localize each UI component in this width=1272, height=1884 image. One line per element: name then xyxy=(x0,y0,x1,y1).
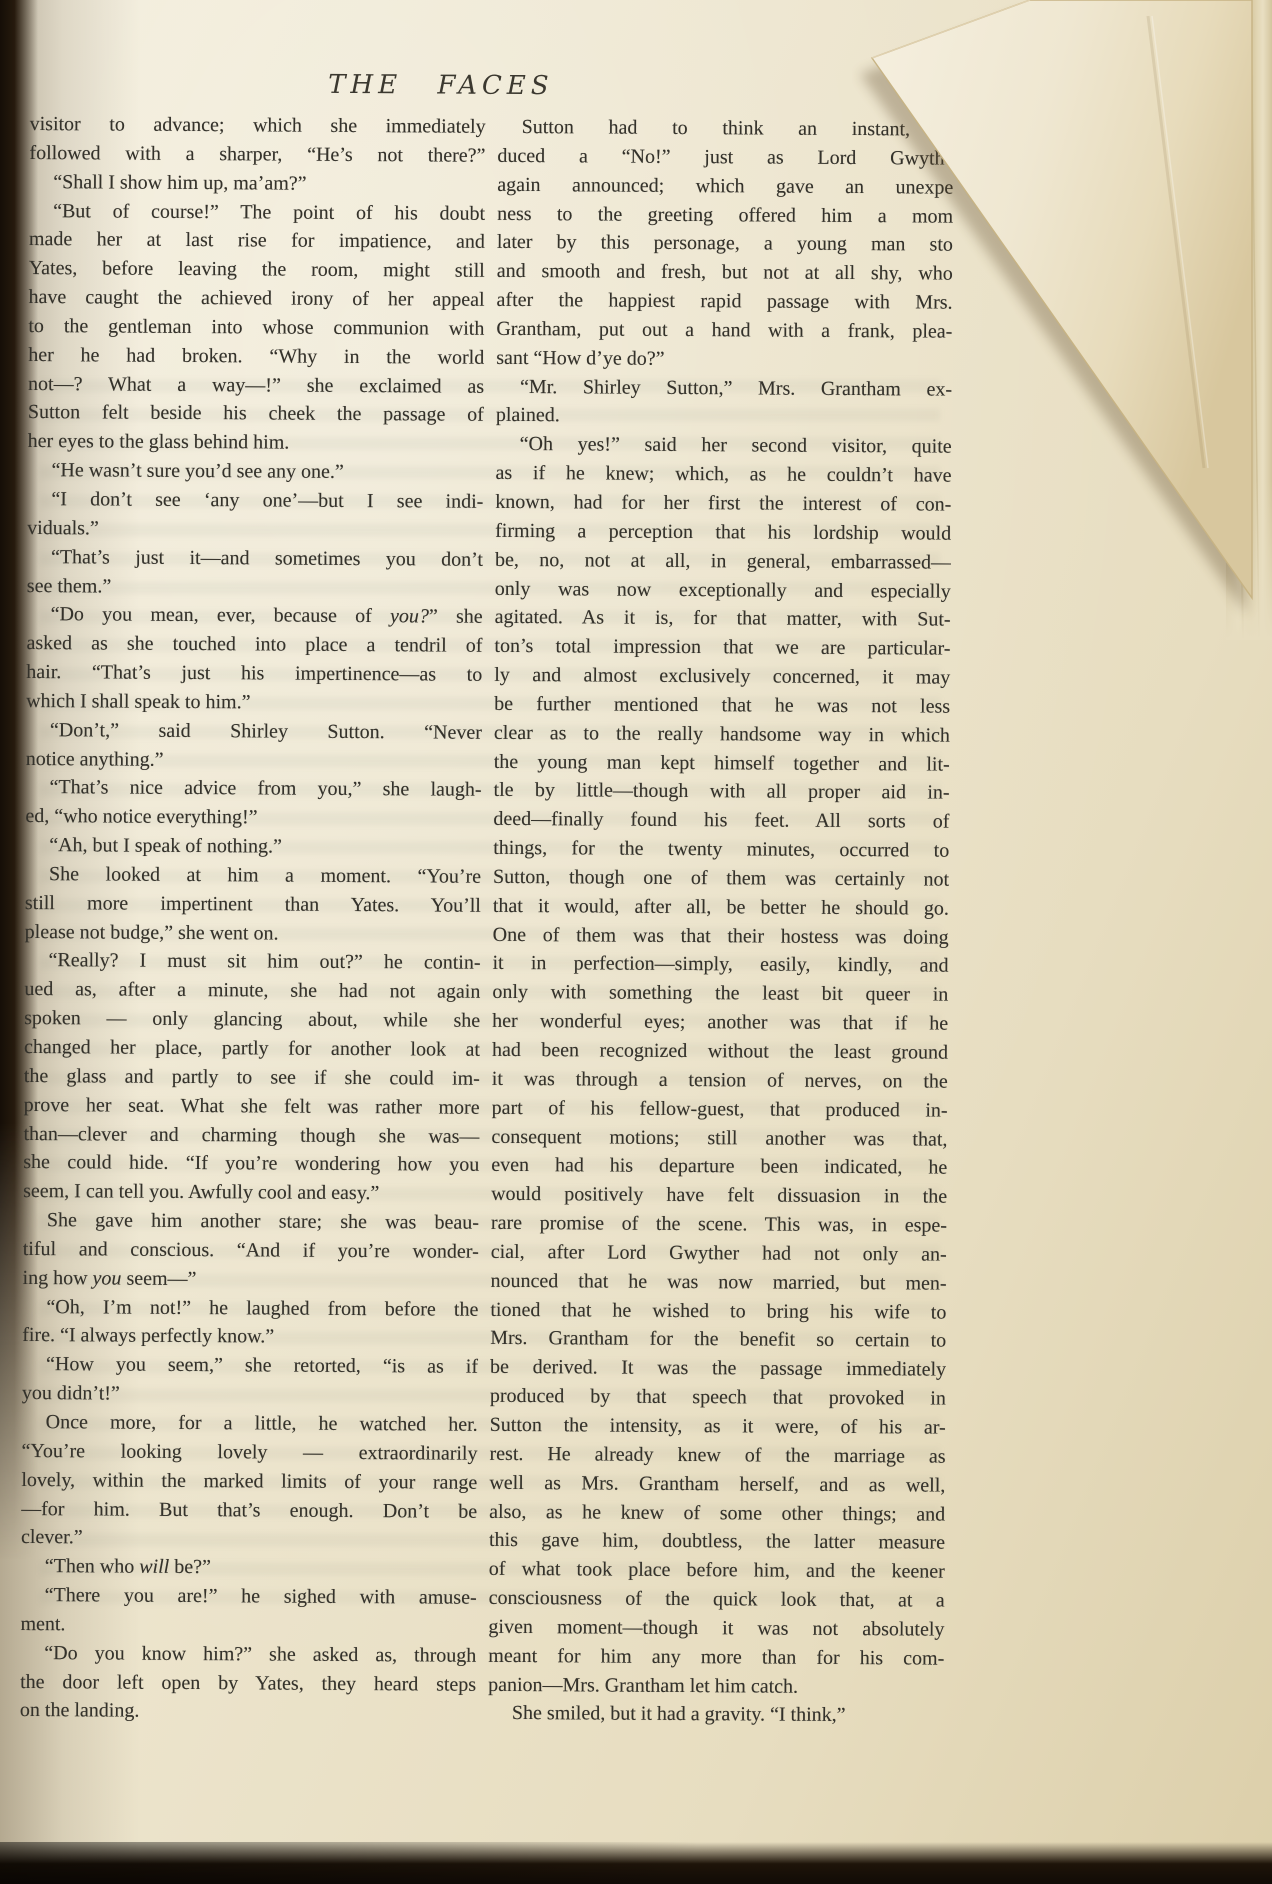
text-line: rest. He already knew of the marriage as xyxy=(489,1440,945,1472)
text-line: “Oh, I’m not!” he laughed from before th… xyxy=(22,1293,478,1325)
text-line: ed, “who notice everything!” xyxy=(25,802,481,834)
text-line: deed—finally found his feet. All sorts o… xyxy=(493,805,949,837)
text-line: “Shall I show him up, ma’am?” xyxy=(29,168,485,200)
text-line: tioned that he wished to bring his wife … xyxy=(490,1295,946,1327)
text-line: well as Mrs. Grantham herself, and as we… xyxy=(489,1468,945,1500)
text-line: clever.” xyxy=(21,1523,477,1555)
text-line: tle by little—though with all proper aid… xyxy=(493,776,949,808)
text-line: spoken — only glancing about, while she xyxy=(24,1004,480,1036)
text-line: see them.” xyxy=(27,571,483,603)
text-line: ing how you seem—” xyxy=(23,1264,479,1296)
text-line: made her at last rise for impatience, an… xyxy=(29,225,485,257)
text-line: She gave him another stare; she was beau… xyxy=(23,1206,479,1238)
running-header: THE FACES xyxy=(30,66,852,105)
text-line: panion—Mrs. Grantham let him catch. xyxy=(488,1670,944,1702)
text-line: “Don’t,” said Shirley Sutton. “Never xyxy=(26,716,482,748)
text-line: on the landing. xyxy=(20,1696,476,1728)
text-line: things, for the twenty minutes, occurred… xyxy=(493,834,949,866)
text-line: rare promise of the scene. This was, in … xyxy=(491,1209,947,1241)
text-line: “But of course!” The point of his doubt xyxy=(29,197,485,229)
text-line: Once more, for a little, he watched her. xyxy=(22,1408,478,1440)
text-line: had been recognized without the least gr… xyxy=(492,1036,948,1068)
text-line: ment. xyxy=(20,1610,476,1642)
text-line: lovely, within the marked limits of your… xyxy=(21,1466,477,1498)
text-line: even had his departure been indicated, h… xyxy=(491,1151,947,1183)
text-line: followed with a sharper, “He’s not there… xyxy=(29,139,485,171)
text-line: “You’re looking lovely — extraordinarily xyxy=(21,1437,477,1469)
text-line: clear as to the really handsome way in w… xyxy=(494,719,950,751)
text-line: that it would, after all, be better he s… xyxy=(493,892,949,924)
text-line: her he had broken. “Why in the world xyxy=(28,341,484,373)
text-line: the door left open by Yates, they heard … xyxy=(20,1668,476,1700)
text-line: ued as, after a minute, she had not agai… xyxy=(24,975,480,1007)
printed-text-block: THE FACES visitor to advance; which she … xyxy=(20,66,954,1731)
two-column-text: visitor to advance; which she immediatel… xyxy=(20,110,954,1731)
text-line: viduals.” xyxy=(27,514,483,546)
text-line: Sutton the intensity, as it were, of his… xyxy=(490,1411,946,1443)
book-bottom-edge xyxy=(0,1842,1272,1884)
text-line: “I don’t see ‘any one’—but I see indi- xyxy=(27,485,483,517)
text-line: asked as she touched into place a tendri… xyxy=(26,629,482,661)
text-line: Sutton, though one of them was certainly… xyxy=(493,863,949,895)
text-line: Yates, before leaving the room, might st… xyxy=(29,254,485,286)
page-corner-fold xyxy=(852,0,1272,650)
text-line: this gave him, doubtless, the latter mea… xyxy=(489,1526,945,1558)
text-line: given moment—though it was not absolutel… xyxy=(488,1613,944,1645)
text-line: tiful and conscious. “And if you’re wond… xyxy=(23,1235,479,1267)
text-line: still more impertinent than Yates. You’l… xyxy=(25,889,481,921)
text-line: “Do you know him?” she asked as, through xyxy=(20,1639,476,1671)
text-line: visitor to advance; which she immediatel… xyxy=(30,110,486,142)
text-line: only with something the least bit queer … xyxy=(492,978,948,1010)
text-line: her wonderful eyes; another was that if … xyxy=(492,1007,948,1039)
text-line: One of them was that their hostess was d… xyxy=(493,920,949,952)
text-line: “Really? I must sit him out?” he contin- xyxy=(24,946,480,978)
text-line: “Then who will be?” xyxy=(21,1552,477,1584)
text-line: it in perfection—simply, easily, kindly,… xyxy=(492,949,948,981)
text-line: please not budge,” she went on. xyxy=(25,918,481,950)
text-line: which I shall speak to him.” xyxy=(26,687,482,719)
text-line: cial, after Lord Gwyther had not only an… xyxy=(491,1238,947,1270)
text-line: to the gentleman into whose communion wi… xyxy=(28,312,484,344)
text-line: —for him. But that’s enough. Don’t be xyxy=(21,1494,477,1526)
text-line: than—clever and charming though she was— xyxy=(23,1120,479,1152)
text-line: ly and almost exclusively concerned, it … xyxy=(494,661,950,693)
text-line: “Do you mean, ever, because of you?” she xyxy=(27,600,483,632)
text-line: be derived. It was the passage immediate… xyxy=(490,1353,946,1385)
text-line: be further mentioned that he was not les… xyxy=(494,690,950,722)
text-line: it was through a tension of nerves, on t… xyxy=(492,1065,948,1097)
text-line: notice anything.” xyxy=(26,745,482,777)
text-line: “How you seem,” she retorted, “is as if xyxy=(22,1350,478,1382)
text-line: nounced that he was now married, but men… xyxy=(490,1267,946,1299)
text-line: the young man kept himself together and … xyxy=(494,747,950,779)
text-line: fire. “I always perfectly know.” xyxy=(22,1321,478,1353)
text-line: changed her place, partly for another lo… xyxy=(24,1033,480,1065)
text-line: of what took place before him, and the k… xyxy=(489,1555,945,1587)
text-line: Mrs. Grantham for the benefit so certain… xyxy=(490,1324,946,1356)
text-line: hair. “That’s just his impertinence—as t… xyxy=(26,658,482,690)
text-line: “That’s nice advice from you,” she laugh… xyxy=(26,773,482,805)
text-line: have caught the achieved irony of her ap… xyxy=(28,283,484,315)
text-line: “There you are!” he sighed with amuse- xyxy=(21,1581,477,1613)
text-line: she could hide. “If you’re wondering how… xyxy=(23,1148,479,1180)
text-line: the glass and partly to see if she could… xyxy=(24,1062,480,1094)
text-line: her eyes to the glass behind him. xyxy=(28,427,484,459)
text-line: consciousness of the quick look that, at… xyxy=(489,1584,945,1616)
text-line: produced by that speech that provoked in xyxy=(490,1382,946,1414)
text-line: seem, I can tell you. Awfully cool and e… xyxy=(23,1177,479,1209)
text-line: Sutton felt beside his cheek the passage… xyxy=(28,398,484,430)
text-line: She smiled, but it had a gravity. “I thi… xyxy=(488,1699,944,1731)
text-line: you didn’t!” xyxy=(22,1379,478,1411)
text-line: prove her seat. What she felt was rather… xyxy=(24,1091,480,1123)
text-line: meant for him any more than for his com- xyxy=(488,1642,944,1674)
text-line: “That’s just it—and sometimes you don’t xyxy=(27,543,483,575)
text-line: She looked at him a moment. “You’re xyxy=(25,860,481,892)
text-line: “He wasn’t sure you’d see any one.” xyxy=(27,456,483,488)
text-line: also, as he knew of some other things; a… xyxy=(489,1497,945,1529)
fold-flap xyxy=(872,0,1252,598)
text-line: part of his fellow-guest, that produced … xyxy=(492,1094,948,1126)
text-line: consequent motions; still another was th… xyxy=(491,1122,947,1154)
text-line: not—? What a way—!” she exclaimed as xyxy=(28,370,484,402)
left-column: visitor to advance; which she immediatel… xyxy=(20,110,486,1728)
text-line: “Ah, but I speak of nothing.” xyxy=(25,831,481,863)
text-line: would positively have felt dissuasion in… xyxy=(491,1180,947,1212)
